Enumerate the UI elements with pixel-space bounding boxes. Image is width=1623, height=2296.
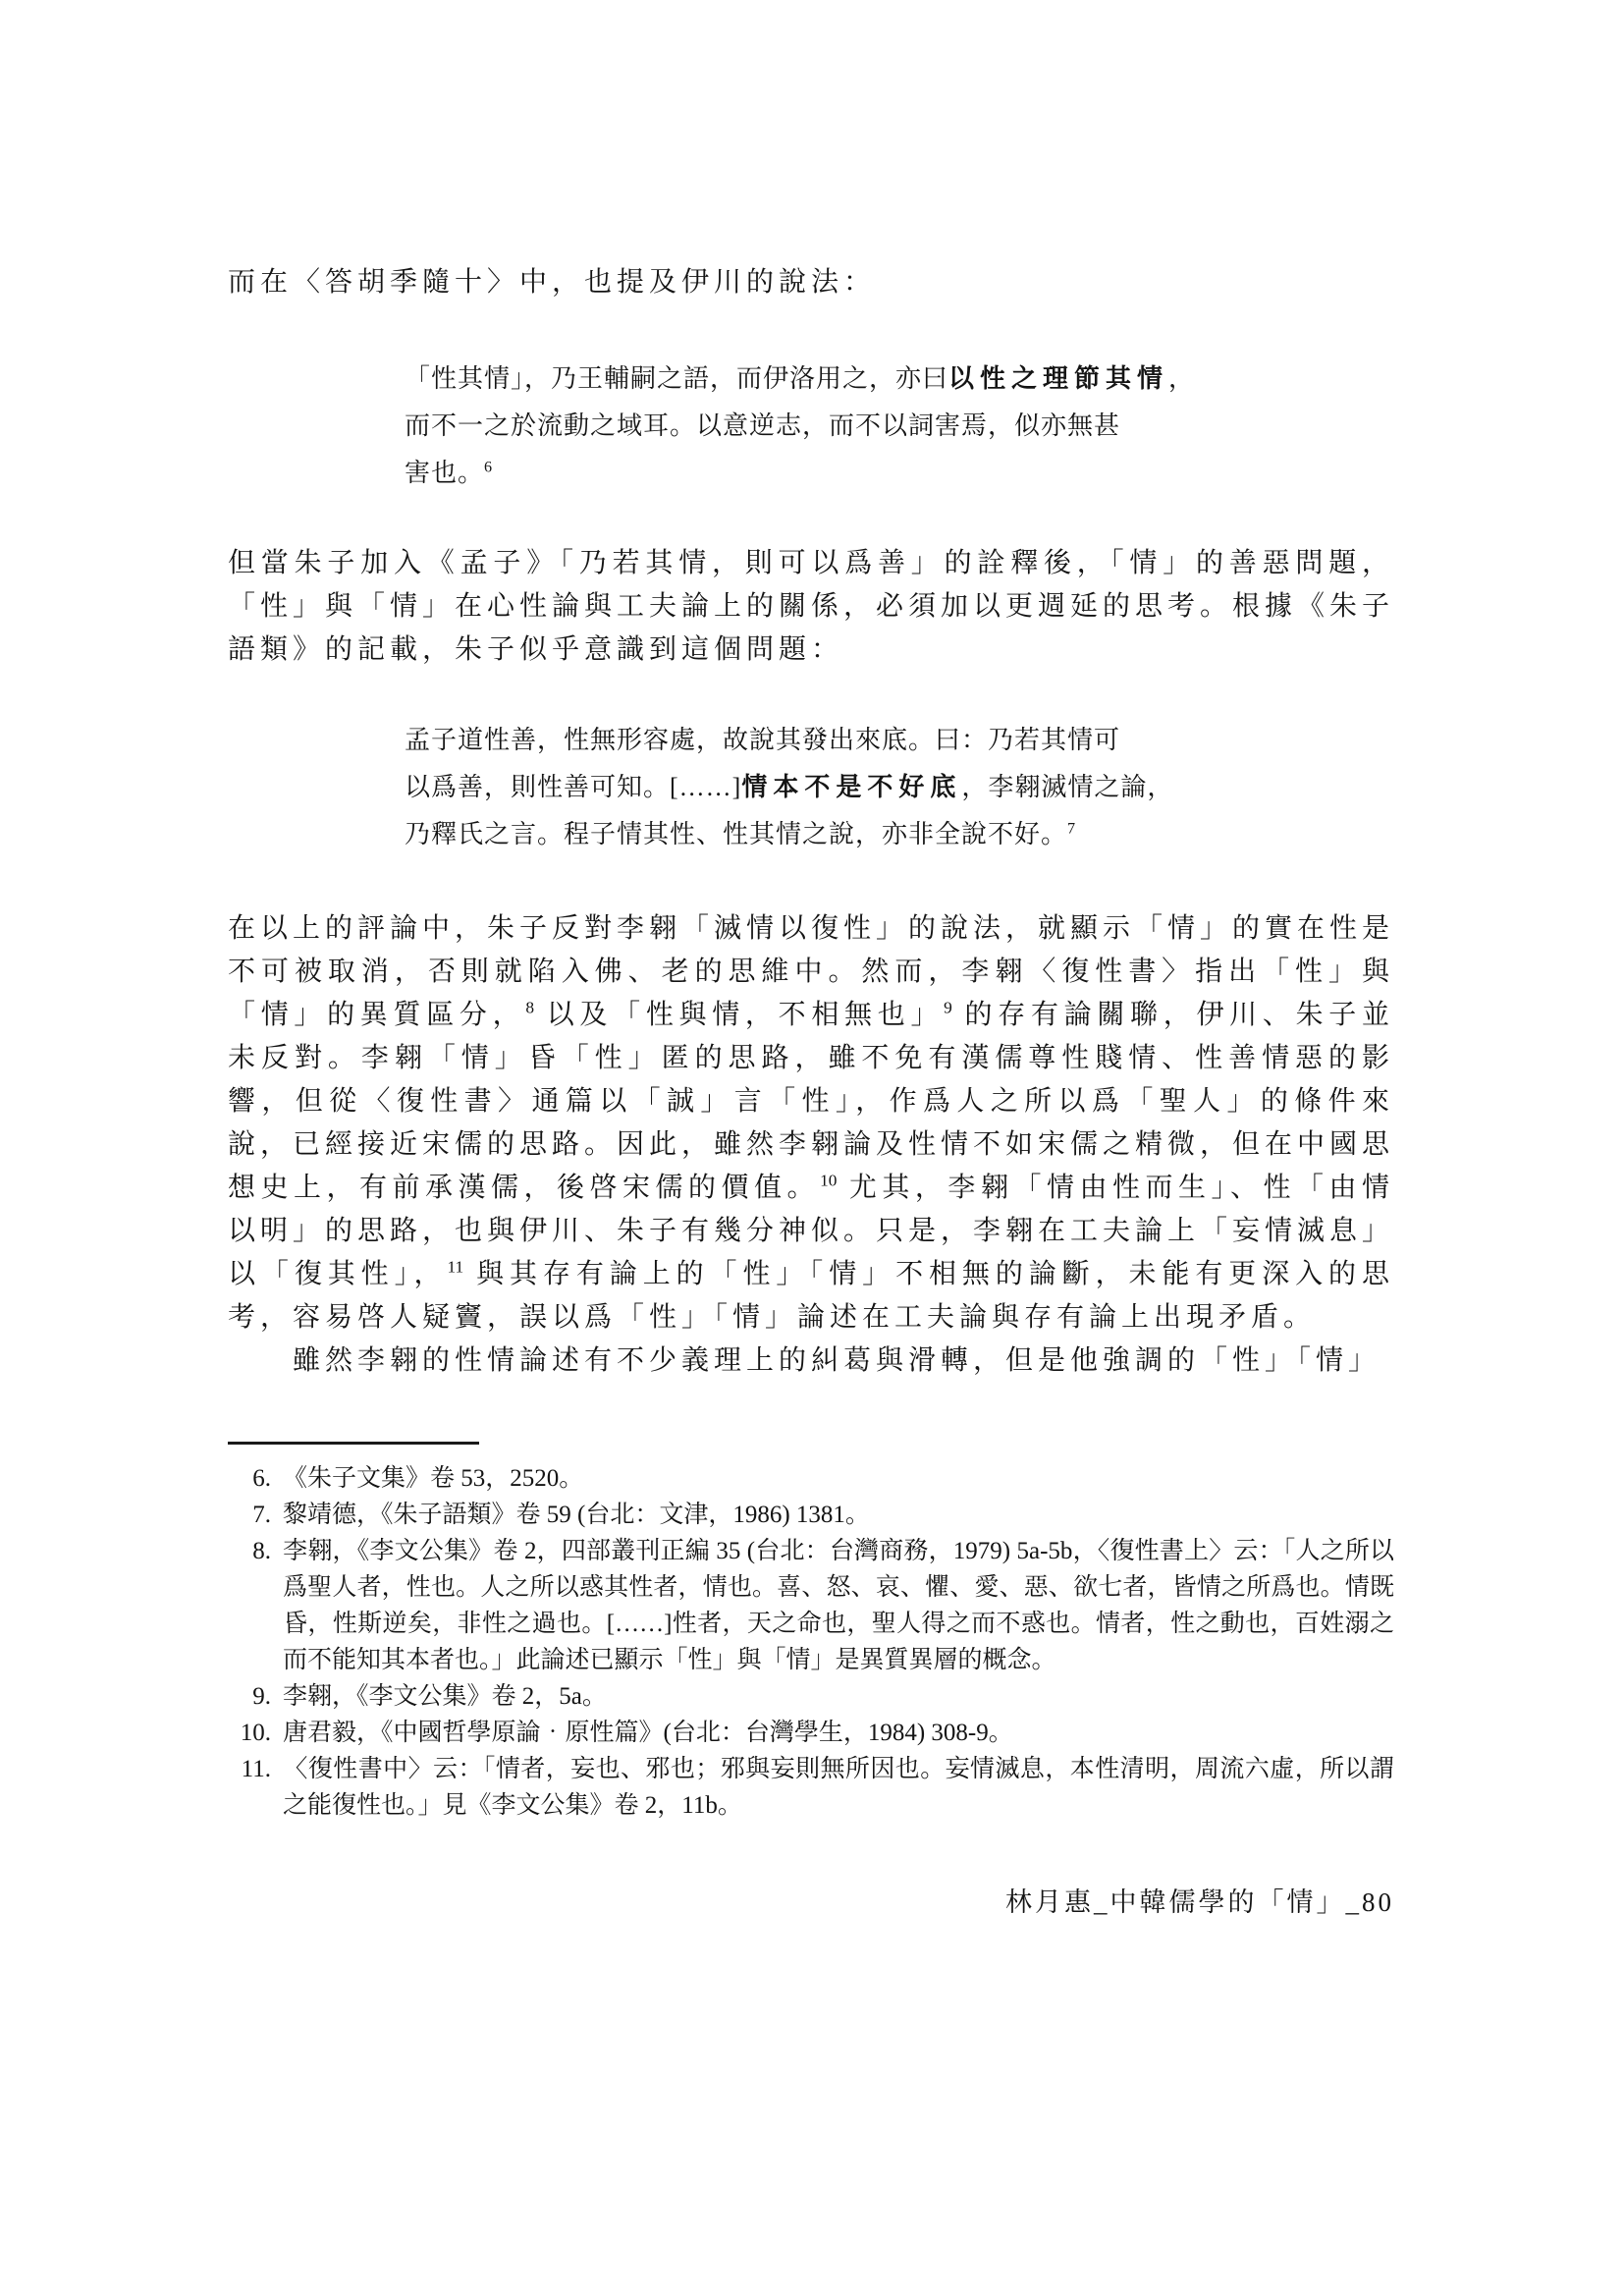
footnote-item: 11.〈復性書中〉云：「情者，妄也、邪也；邪與妄則無所因也。妄情滅息，本性清明，… bbox=[228, 1751, 1394, 1824]
footnote-text: 唐君毅，《中國哲學原論‧原性篇》(台北：台灣學生，1984) 308-9。 bbox=[283, 1720, 1013, 1746]
blockquote-line: 「性其情」，乃王輔嗣之語，而伊洛用之，亦曰以性之理節其情， bbox=[405, 355, 1394, 403]
footnote-item: 10.唐君毅，《中國哲學原論‧原性篇》(台北：台灣學生，1984) 308-9。 bbox=[228, 1715, 1394, 1751]
paragraph-conclusion-start: 雖然李翱的性情論述有不少義理上的糾葛與滑轉，但是他強調的「性」「情」 bbox=[228, 1339, 1394, 1383]
footnote-reference: 7 bbox=[1067, 820, 1075, 837]
blockquote-line: 乃釋氏之言。程子情其性、性其情之說，亦非全說不好。7 bbox=[405, 811, 1394, 858]
blockquote-line: 孟子道性善，性無形容處，故說其發出來底。曰：乃若其情可 bbox=[405, 717, 1394, 764]
footnote-reference: 8 bbox=[525, 999, 534, 1017]
footnote-item: 8.李翱，《李文公集》卷 2，四部叢刊正編 35 (台北：台灣商務，1979) … bbox=[228, 1533, 1394, 1678]
footnote-reference: 9 bbox=[944, 999, 952, 1017]
footnote-reference: 6 bbox=[484, 459, 492, 475]
footnote-text: 《朱子文集》卷 53，2520。 bbox=[283, 1465, 583, 1492]
paragraph-discussion: 在以上的評論中，朱子反對李翱「滅情以復性」的說法，就顯示「情」的實在性是不可被取… bbox=[228, 907, 1394, 1339]
footnote-reference: 10 bbox=[820, 1172, 837, 1190]
emphasis-kai-text: 情本不是不好底 bbox=[741, 773, 961, 801]
footnote-text: 黎靖德，《朱子語類》卷 59 (台北：文津，1986) 1381。 bbox=[283, 1502, 870, 1528]
footnote-reference: 11 bbox=[447, 1258, 463, 1277]
footnote-number: 9. bbox=[228, 1678, 271, 1715]
footnote-item: 7.黎靖德，《朱子語類》卷 59 (台北：文津，1986) 1381。 bbox=[228, 1497, 1394, 1533]
footnote-text: 〈復性書中〉云：「情者，妄也、邪也；邪與妄則無所因也。妄情滅息，本性清明，周流六… bbox=[283, 1756, 1394, 1819]
paragraph-intro: 而在〈答胡季隨十〉中，也提及伊川的說法： bbox=[228, 261, 1394, 304]
paragraph-zhuzi-interpretation: 但當朱子加入《孟子》「乃若其情，則可以爲善」的詮釋後，「情」的善惡問題，「性」與… bbox=[228, 542, 1394, 672]
blockquote-da-hu-ji-sui: 「性其情」，乃王輔嗣之語，而伊洛用之，亦曰以性之理節其情，而不一之於流動之域耳。… bbox=[405, 355, 1394, 497]
footnote-text: 李翱，《李文公集》卷 2，5a。 bbox=[283, 1683, 607, 1710]
blockquote-line: 而不一之於流動之域耳。以意逆志，而不以詞害焉，似亦無甚 bbox=[405, 403, 1394, 450]
footnote-text: 李翱，《李文公集》卷 2，四部叢刊正編 35 (台北：台灣商務，1979) 5a… bbox=[283, 1538, 1394, 1673]
blockquote-line: 以爲善，則性善可知。[……]情本不是不好底，李翱滅情之論， bbox=[405, 764, 1394, 811]
page-footer-label: 林月惠_中韓儒學的「情」_80 bbox=[228, 1881, 1394, 1924]
page-content: 而在〈答胡季隨十〉中，也提及伊川的說法： 「性其情」，乃王輔嗣之語，而伊洛用之，… bbox=[228, 261, 1394, 1924]
blockquote-zhuzi-yulei: 孟子道性善，性無形容處，故說其發出來底。曰：乃若其情可以爲善，則性善可知。[……… bbox=[405, 717, 1394, 858]
document-page: 而在〈答胡季隨十〉中，也提及伊川的說法： 「性其情」，乃王輔嗣之語，而伊洛用之，… bbox=[0, 0, 1623, 2296]
footnotes-section: 6.《朱子文集》卷 53，2520。7.黎靖德，《朱子語類》卷 59 (台北：文… bbox=[228, 1460, 1394, 1824]
footnote-number: 7. bbox=[228, 1497, 271, 1533]
footnote-number: 11. bbox=[228, 1751, 271, 1787]
footnote-item: 6.《朱子文集》卷 53，2520。 bbox=[228, 1460, 1394, 1497]
footnote-divider bbox=[228, 1442, 479, 1445]
footnote-item: 9.李翱，《李文公集》卷 2，5a。 bbox=[228, 1678, 1394, 1715]
blockquote-line: 害也。6 bbox=[405, 450, 1394, 497]
footnote-number: 8. bbox=[228, 1533, 271, 1569]
footnote-number: 6. bbox=[228, 1460, 271, 1497]
footnote-number: 10. bbox=[228, 1715, 271, 1751]
emphasis-kai-text: 以性之理節其情 bbox=[948, 364, 1168, 393]
